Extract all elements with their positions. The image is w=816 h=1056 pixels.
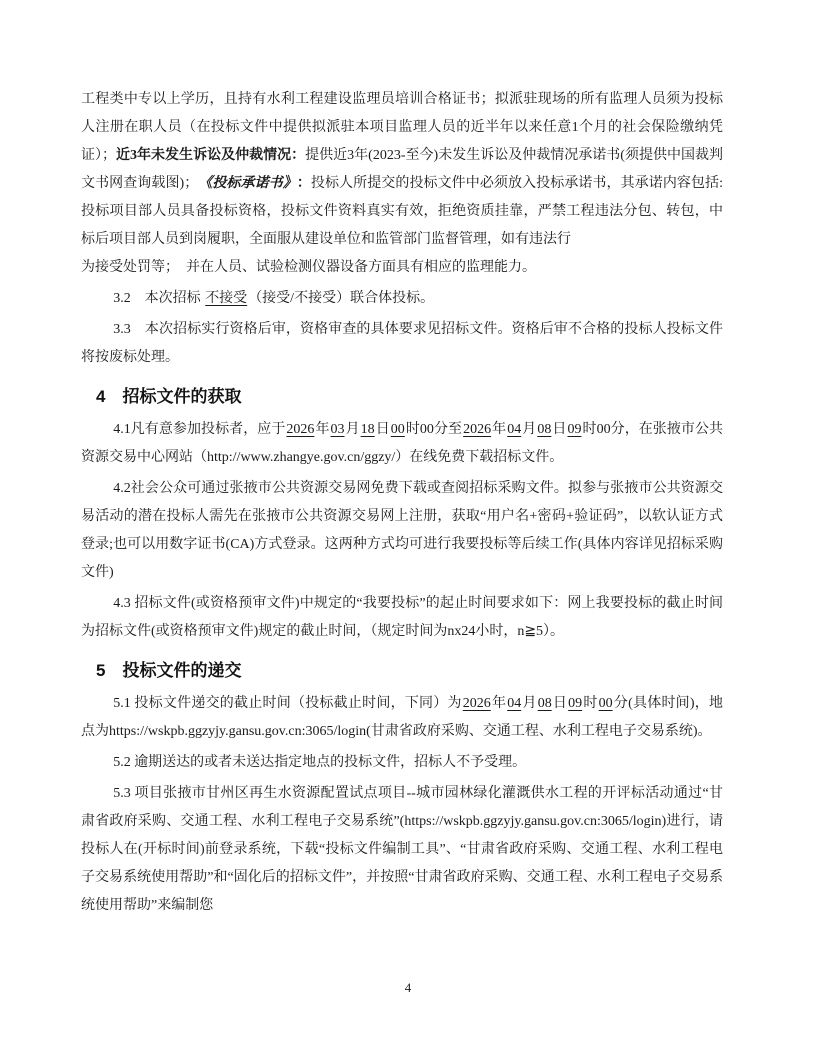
text-run: 月: [346, 422, 360, 437]
clause-4-1: 4.1凡有意参加投标者，应于2026年03月18日00时00分至2026年04月…: [81, 416, 723, 472]
section-4-heading: 4 招标文件的获取: [81, 382, 723, 412]
text-run: 日: [376, 422, 390, 437]
text-run: 日: [552, 422, 566, 437]
underline-date-value: 18: [360, 422, 376, 437]
text-run: 年: [492, 696, 506, 711]
para-supervisor-requirements: 工程类中专以上学历，且持有水利工程建设监理员培训合格证书；拟派驻现场的所有监理人…: [81, 86, 723, 282]
clause-5-3: 5.3 项目张掖市甘州区再生水资源配置试点项目--城市园林绿化灌溉供水工程的开评…: [81, 780, 723, 920]
underline-date-value: 03: [330, 422, 346, 437]
clause-3-3: 3.3 本次招标实行资格后审，资格审查的具体要求见招标文件。资格后审不合格的投标…: [81, 316, 723, 372]
bold-colon: ：: [297, 176, 311, 191]
clause-5-2: 5.2 逾期送达的或者未送达指定地点的投标文件，招标人不予受理。: [81, 749, 723, 777]
underline-date-value: 2026: [462, 696, 492, 711]
text-run: 为接受处罚等； 并在人员、试验检测仪器设备方面具有相应的监理能力。: [81, 260, 536, 275]
section-5-heading: 5 投标文件的递交: [81, 656, 723, 686]
page-number: 4: [0, 980, 816, 996]
underline-date-value: 08: [537, 696, 553, 711]
text-run: 月: [522, 696, 536, 711]
underline-date-value: 04: [506, 422, 522, 437]
clause-5-1: 5.1 投标文件递交的截止时间（投标截止时间，下同）为2026年04月08日09…: [81, 690, 723, 746]
underline-date-value: 09: [567, 696, 583, 711]
clause-4-3: 4.3 招标文件(或资格预审文件)中规定的“我要投标”的起止时间要求如下：网上我…: [81, 590, 723, 646]
underline-date-value: 04: [506, 696, 522, 711]
bold-tender-commitment-title: 《投标承诺书》: [198, 176, 297, 191]
underline-date-value: 2026: [462, 422, 492, 437]
text-run: 时: [583, 696, 597, 711]
text-run: 月: [522, 422, 536, 437]
underline-no-consortium: 不接受: [204, 291, 248, 306]
text-run: 5.1 投标文件递交的截止时间（投标截止时间，下同）为: [113, 696, 462, 711]
document-page: 工程类中专以上学历，且持有水利工程建设监理员培训合格证书；拟派驻现场的所有监理人…: [0, 0, 816, 1056]
underline-date-value: 2026: [285, 422, 315, 437]
text-run: 3.2 本次招标: [113, 291, 204, 306]
text-run: 时00分至: [406, 422, 462, 437]
bold-litigation-clause: 近3年未发生诉讼及仲裁情况：: [116, 148, 305, 163]
text-run: 年: [492, 422, 506, 437]
text-run: （接受/不接受）联合体投标。: [248, 291, 434, 306]
page-content: 工程类中专以上学历，且持有水利工程建设监理员培训合格证书；拟派驻现场的所有监理人…: [81, 86, 723, 920]
clause-4-2: 4.2社会公众可通过张掖市公共资源交易网免费下载或查阅招标采购文件。拟参与张掖市…: [81, 475, 723, 587]
text-run: 4.1凡有意参加投标者，应于: [113, 422, 285, 437]
underline-date-value: 00: [390, 422, 406, 437]
underline-date-value: 08: [536, 422, 552, 437]
text-run: 年: [315, 422, 329, 437]
text-run: 日: [553, 696, 567, 711]
underline-date-value: 00: [598, 696, 614, 711]
clause-3-2: 3.2 本次招标 不接受（接受/不接受）联合体投标。: [81, 285, 723, 313]
underline-date-value: 09: [566, 422, 582, 437]
